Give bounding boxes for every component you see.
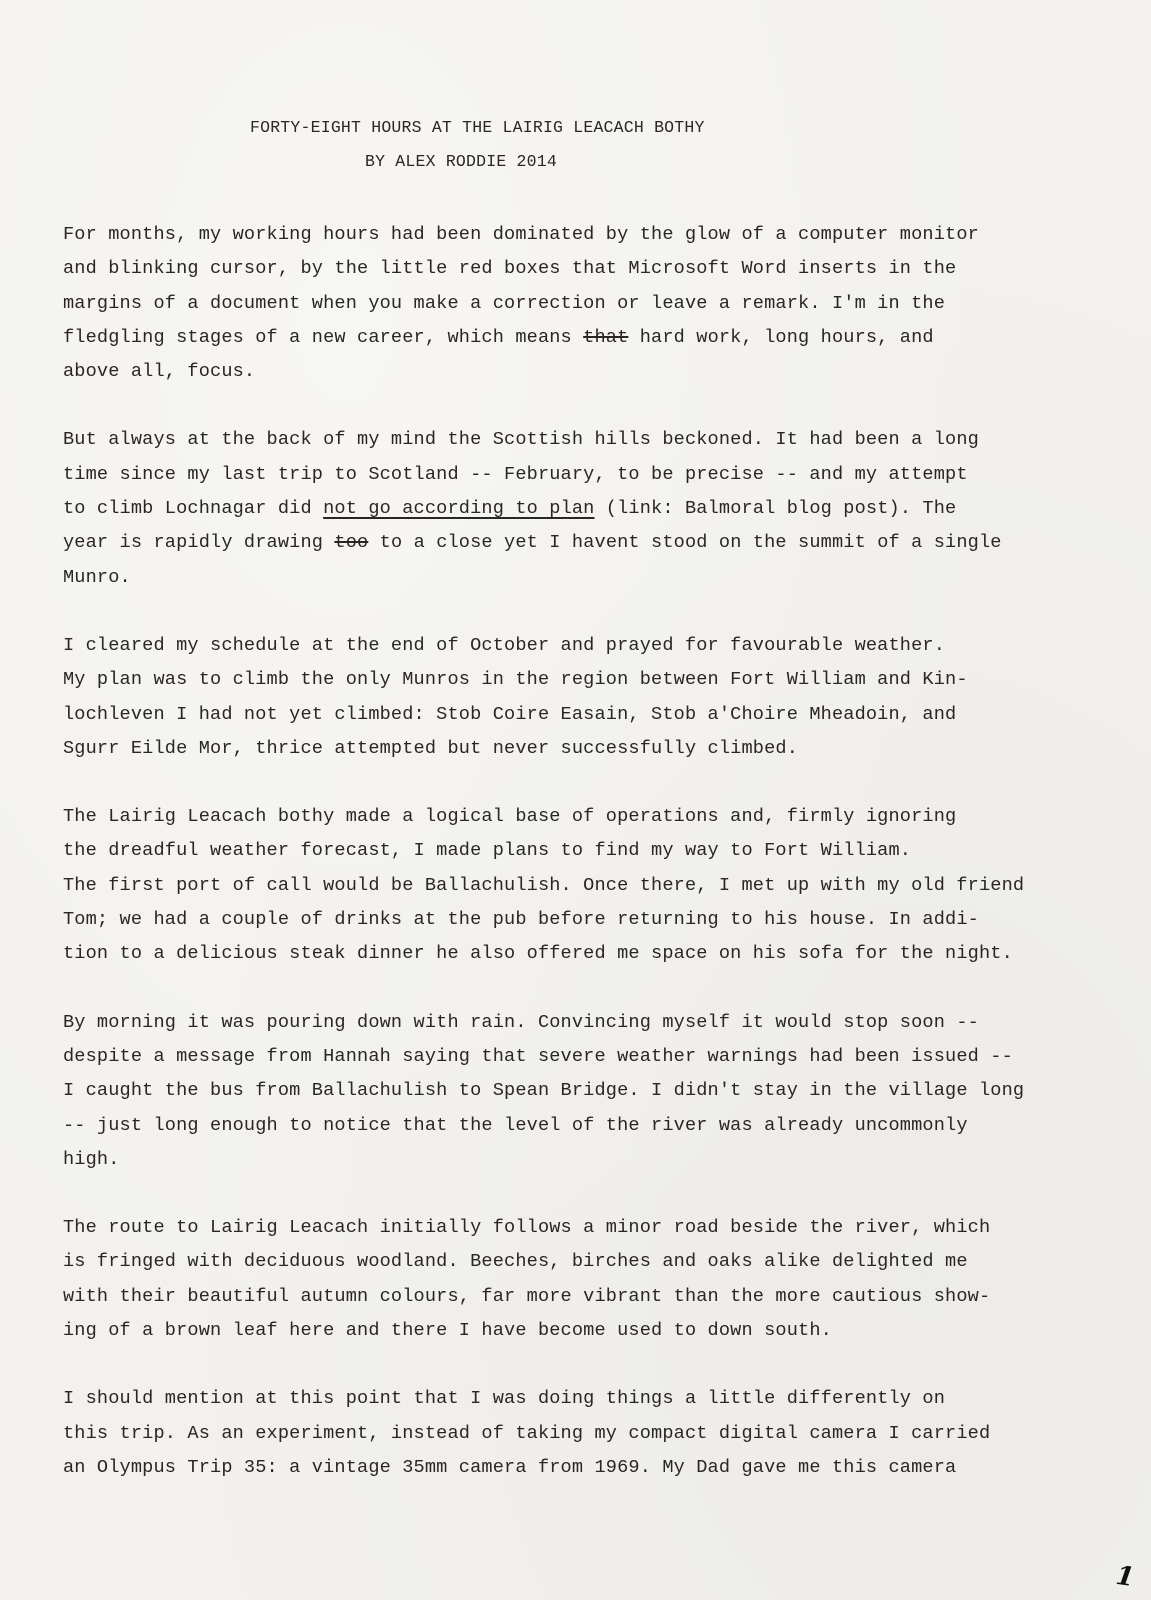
underlined-text: not go according to plan [323, 498, 594, 519]
text-line: margins of a document when you make a co… [63, 287, 1123, 321]
text-segment: My plan was to climb the only Munros in … [63, 669, 968, 690]
handwritten-page-number: 1 [1114, 1561, 1136, 1593]
text-line: high. [63, 1143, 1123, 1177]
text-segment: to a close yet I havent stood on the sum… [368, 532, 1001, 553]
text-segment: The Lairig Leacach bothy made a logical … [63, 806, 956, 827]
text-segment: The route to Lairig Leacach initially fo… [63, 1217, 990, 1238]
paragraph: For months, my working hours had been do… [63, 218, 1123, 389]
text-segment: lochleven I had not yet climbed: Stob Co… [63, 704, 956, 725]
text-line: this trip. As an experiment, instead of … [63, 1417, 1123, 1451]
text-line: ing of a brown leaf here and there I hav… [63, 1314, 1123, 1348]
text-segment: The first port of call would be Ballachu… [63, 875, 1024, 896]
paragraph: But always at the back of my mind the Sc… [63, 423, 1123, 594]
typed-manuscript-page: FORTY-EIGHT HOURS AT THE LAIRIG LEACACH … [0, 0, 1151, 1600]
text-line: My plan was to climb the only Munros in … [63, 663, 1123, 697]
text-line: Munro. [63, 561, 1123, 595]
text-segment: fledgling stages of a new career, which … [63, 327, 583, 348]
text-line: to climb Lochnagar did not go according … [63, 492, 1123, 526]
text-line: Tom; we had a couple of drinks at the pu… [63, 903, 1123, 937]
struck-out-text: that [583, 327, 628, 348]
paragraph: I cleared my schedule at the end of Octo… [63, 629, 1123, 766]
text-line: lochleven I had not yet climbed: Stob Co… [63, 698, 1123, 732]
text-segment: to climb Lochnagar did [63, 498, 323, 519]
text-line: is fringed with deciduous woodland. Beec… [63, 1245, 1123, 1279]
text-line: despite a message from Hannah saying tha… [63, 1040, 1123, 1074]
text-line: time since my last trip to Scotland -- F… [63, 458, 1123, 492]
text-segment: year is rapidly drawing [63, 532, 334, 553]
text-segment: By morning it was pouring down with rain… [63, 1012, 979, 1033]
struck-out-text: too [334, 532, 368, 553]
text-segment: Tom; we had a couple of drinks at the pu… [63, 909, 979, 930]
text-segment: I cleared my schedule at the end of Octo… [63, 635, 945, 656]
text-line: the dreadful weather forecast, I made pl… [63, 834, 1123, 868]
document-body: For months, my working hours had been do… [63, 218, 1123, 1519]
text-segment: margins of a document when you make a co… [63, 293, 945, 314]
text-segment: the dreadful weather forecast, I made pl… [63, 840, 911, 861]
document-title: FORTY-EIGHT HOURS AT THE LAIRIG LEACACH … [250, 118, 705, 137]
paragraph: By morning it was pouring down with rain… [63, 1006, 1123, 1177]
text-line: and blinking cursor, by the little red b… [63, 252, 1123, 286]
text-line: an Olympus Trip 35: a vintage 35mm camer… [63, 1451, 1123, 1485]
text-segment: above all, focus. [63, 361, 255, 382]
text-line: -- just long enough to notice that the l… [63, 1109, 1123, 1143]
paragraph: The route to Lairig Leacach initially fo… [63, 1211, 1123, 1348]
text-line: The first port of call would be Ballachu… [63, 869, 1123, 903]
document-byline: BY ALEX RODDIE 2014 [365, 152, 557, 171]
text-segment: ing of a brown leaf here and there I hav… [63, 1320, 832, 1341]
text-line: But always at the back of my mind the Sc… [63, 423, 1123, 457]
text-line: The route to Lairig Leacach initially fo… [63, 1211, 1123, 1245]
text-segment: time since my last trip to Scotland -- F… [63, 464, 968, 485]
text-segment: For months, my working hours had been do… [63, 224, 979, 245]
text-segment: (link: Balmoral blog post). The [595, 498, 957, 519]
text-segment: despite a message from Hannah saying tha… [63, 1046, 1013, 1067]
text-segment: this trip. As an experiment, instead of … [63, 1423, 990, 1444]
text-segment: and blinking cursor, by the little red b… [63, 258, 956, 279]
text-segment: tion to a delicious steak dinner he also… [63, 943, 1013, 964]
text-segment: with their beautiful autumn colours, far… [63, 1286, 990, 1307]
text-line: I caught the bus from Ballachulish to Sp… [63, 1074, 1123, 1108]
text-line: For months, my working hours had been do… [63, 218, 1123, 252]
text-segment: is fringed with deciduous woodland. Beec… [63, 1251, 968, 1272]
text-line: fledgling stages of a new career, which … [63, 321, 1123, 355]
text-line: above all, focus. [63, 355, 1123, 389]
text-segment: Sgurr Eilde Mor, thrice attempted but ne… [63, 738, 798, 759]
text-line: By morning it was pouring down with rain… [63, 1006, 1123, 1040]
text-line: year is rapidly drawing too to a close y… [63, 526, 1123, 560]
text-segment: I should mention at this point that I wa… [63, 1388, 945, 1409]
paragraph: I should mention at this point that I wa… [63, 1382, 1123, 1485]
text-segment: -- just long enough to notice that the l… [63, 1115, 968, 1136]
paragraph: The Lairig Leacach bothy made a logical … [63, 800, 1123, 971]
text-line: I cleared my schedule at the end of Octo… [63, 629, 1123, 663]
text-segment: an Olympus Trip 35: a vintage 35mm camer… [63, 1457, 956, 1478]
text-segment: hard work, long hours, and [628, 327, 933, 348]
text-segment: Munro. [63, 567, 131, 588]
text-segment: high. [63, 1149, 120, 1170]
text-segment: I caught the bus from Ballachulish to Sp… [63, 1080, 1024, 1101]
text-line: with their beautiful autumn colours, far… [63, 1280, 1123, 1314]
text-segment: But always at the back of my mind the Sc… [63, 429, 979, 450]
text-line: The Lairig Leacach bothy made a logical … [63, 800, 1123, 834]
text-line: tion to a delicious steak dinner he also… [63, 937, 1123, 971]
text-line: I should mention at this point that I wa… [63, 1382, 1123, 1416]
text-line: Sgurr Eilde Mor, thrice attempted but ne… [63, 732, 1123, 766]
